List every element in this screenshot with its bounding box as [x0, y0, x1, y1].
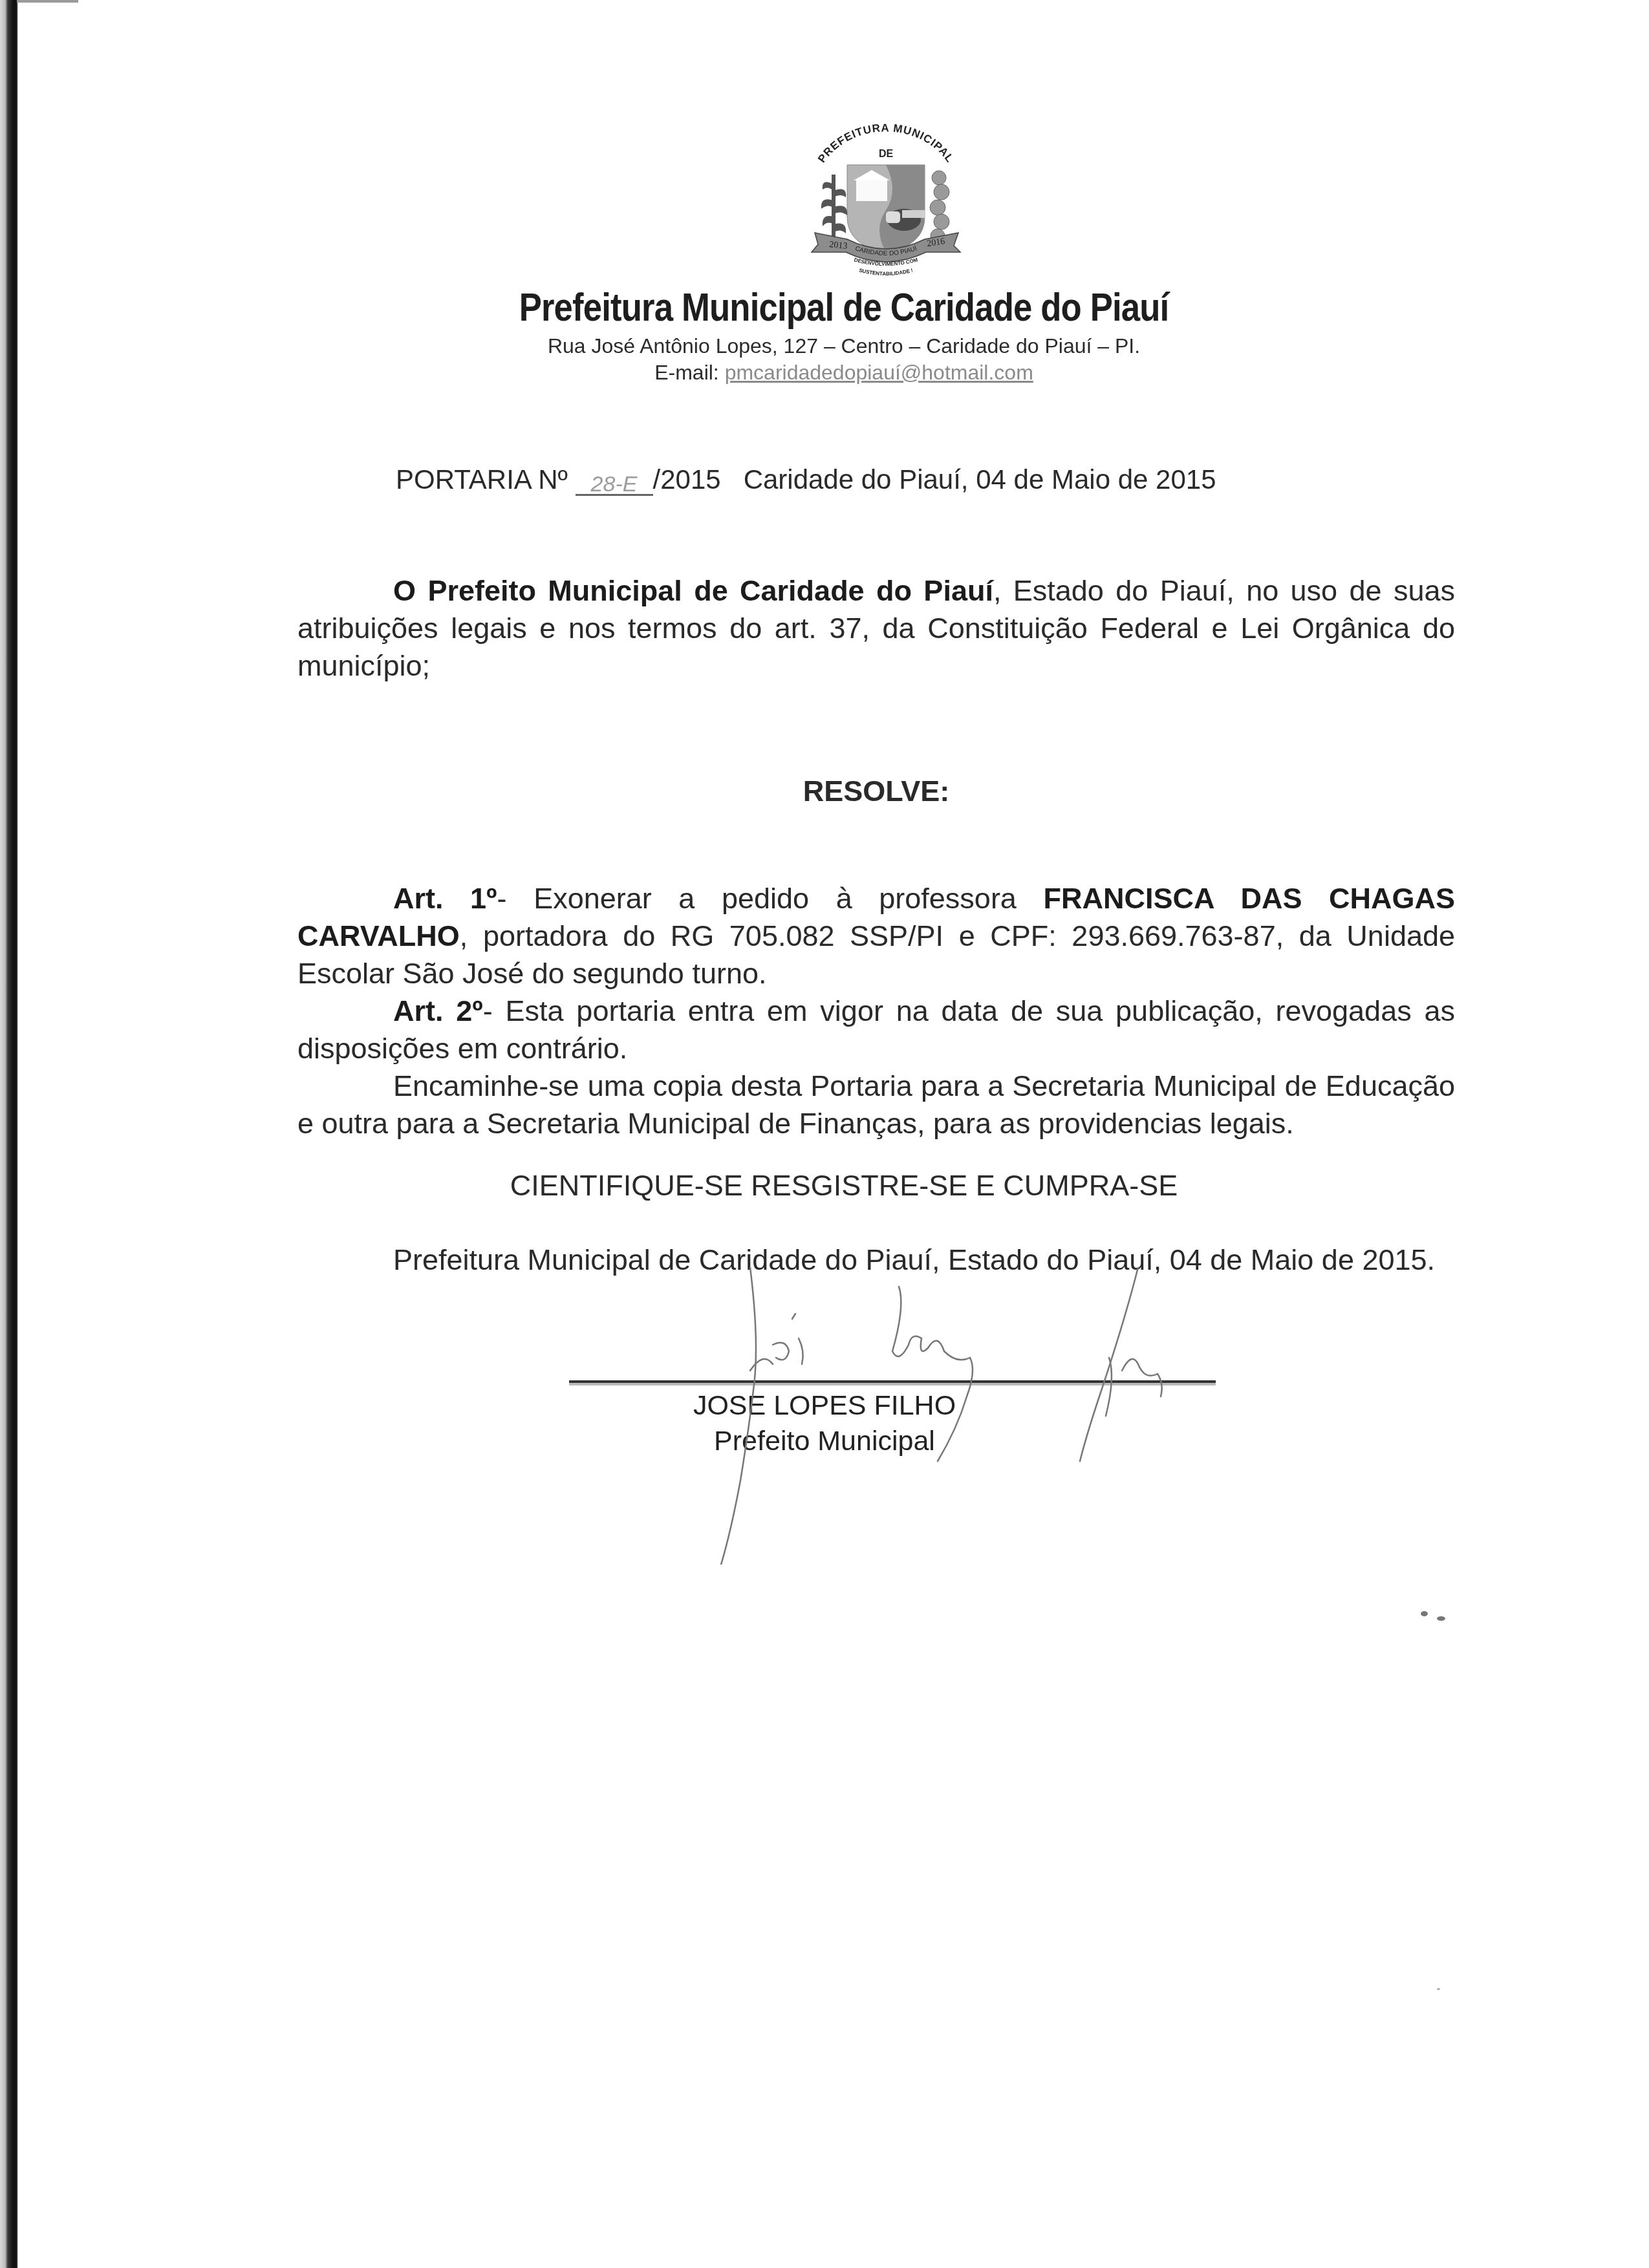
signatory-role: Prefeito Municipal: [0, 1426, 1649, 1457]
portaria-year: /2015: [653, 464, 721, 495]
letterhead-title: Prefeitura Municipal de Caridade do Piau…: [519, 284, 1169, 330]
email-label: E-mail:: [654, 361, 724, 384]
forward-paragraph: Encaminhe-se uma copia desta Portaria pa…: [297, 1067, 1455, 1142]
portaria-number-handwritten: 28-E: [576, 475, 653, 496]
svg-text:2013: 2013: [829, 240, 848, 251]
letterhead: Prefeitura Municipal de Caridade do Piau…: [0, 284, 1649, 385]
article-2-label: Art. 2º: [393, 994, 483, 1027]
closing-paragraph: Prefeitura Municipal de Caridade do Piau…: [297, 1241, 1455, 1279]
municipal-coat-of-arms: PREFEITURA MUNICIPAL DE: [789, 113, 983, 288]
document-body: O Prefeito Municipal de Caridade do Piau…: [297, 572, 1455, 1142]
scanner-edge-top: [17, 0, 78, 3]
closing-place-date: Prefeitura Municipal de Caridade do Piau…: [297, 1241, 1455, 1279]
article-1-label: Art. 1º: [393, 882, 497, 915]
preamble-paragraph: O Prefeito Municipal de Caridade do Piau…: [297, 572, 1455, 685]
portaria-label: PORTARIA Nº: [396, 464, 568, 495]
email-link[interactable]: pmcaridadedopiauí@hotmail.com: [725, 361, 1033, 384]
portaria-heading: PORTARIA Nº 28-E/2015 Caridade do Piauí,…: [396, 464, 1216, 496]
signature-line: [569, 1380, 1216, 1383]
portaria-place-date: Caridade do Piauí, 04 de Maio de 2015: [744, 464, 1216, 495]
article-2: Art. 2º- Esta portaria entra em vigor na…: [297, 992, 1455, 1067]
letterhead-email: E-mail: pmcaridadedopiauí@hotmail.com: [39, 361, 1649, 385]
preamble-bold: O Prefeito Municipal de Caridade do Piau…: [393, 574, 993, 607]
svg-text:SUSTENTABILIDADE !: SUSTENTABILIDADE !: [858, 267, 913, 277]
cientifique-line: CIENTIFIQUE-SE RESGISTRE-SE E CUMPRA-SE: [39, 1169, 1649, 1203]
signature-block: JOSE LOPES FILHO Prefeito Municipal: [0, 1390, 1649, 1457]
signatory-name: JOSE LOPES FILHO: [0, 1390, 1649, 1422]
letterhead-address: Rua José Antônio Lopes, 127 – Centro – C…: [39, 334, 1649, 358]
resolve-heading: RESOLVE:: [297, 773, 1455, 810]
svg-text:DE: DE: [879, 149, 894, 160]
article-1: Art. 1º- Exonerar a pedido à professora …: [297, 880, 1455, 992]
